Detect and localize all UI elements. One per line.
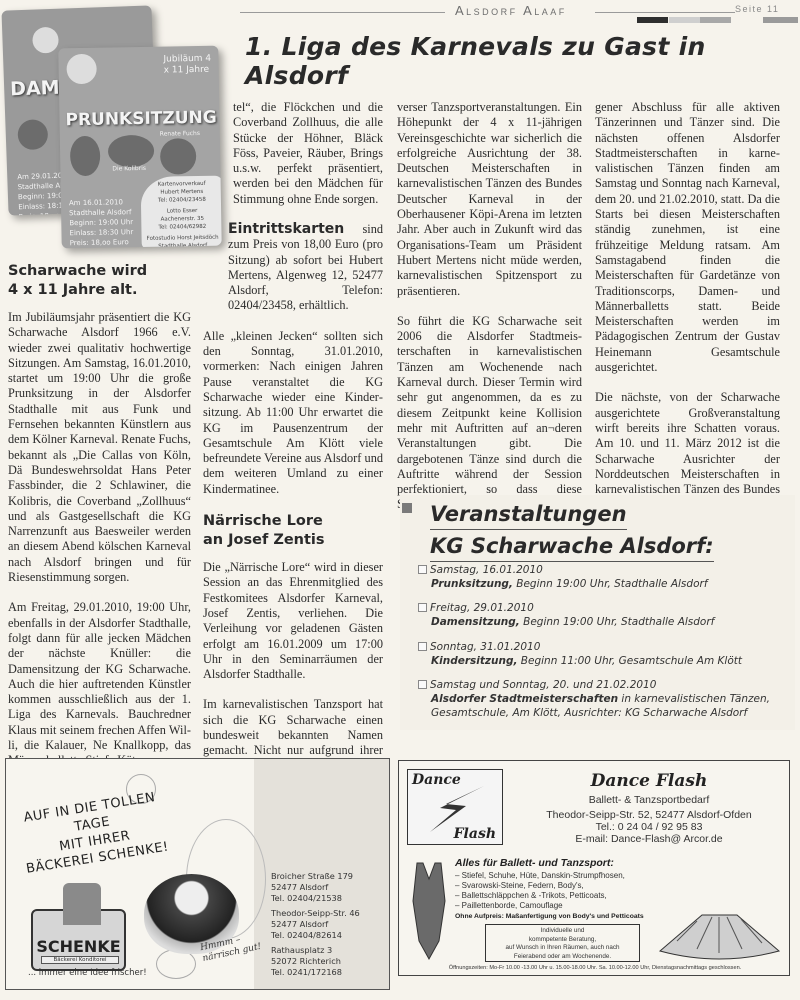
paragraph: verser Tanzsportveranstaltungen. Ein Höh…: [397, 100, 582, 299]
subheading-scharwache: Scharwache wird 4 x 11 Jahre alt.: [8, 262, 191, 300]
paragraph: tel“, die Flöckchen und die Coverband Zo…: [233, 100, 383, 207]
paragraph: Im Jubiläumsjahr präsentiert die KG Scha…: [8, 310, 191, 585]
checkbox-icon: [418, 565, 427, 574]
ad-tagline: ... immer eine Idee frischer!: [28, 968, 147, 978]
paragraph: Alle „kleinen Jecken“ sollten sich den S…: [203, 329, 383, 497]
advice-box: Individuelle und kommpetente Beratung, a…: [485, 924, 640, 962]
header-color-bar: [700, 17, 731, 23]
logo-s-icon: [63, 883, 101, 925]
paragraph: Die „Närrische Lore“ wird in die­ser Ses…: [203, 560, 383, 682]
event-item: Samstag und Sonntag, 20. und 21.02.2010 …: [418, 678, 770, 720]
subheading-lore: Närrische Lore an Josef Zentis: [203, 512, 383, 550]
performer-photo: [17, 119, 48, 150]
ad-slogan: AUF IN DIE TOLLEN TAGE MIT IHRER BÄCKERE…: [12, 787, 176, 878]
poster-title: PRUNKSITZUNG: [65, 108, 217, 131]
schenke-logo: SCHENKE Bäckerei Konditorei: [31, 909, 126, 971]
event-item: Samstag, 16.01.2010 Prunksitzung, Beginn…: [418, 563, 708, 591]
tickets-lead: Eintrittskarten: [228, 221, 344, 237]
ad-phone: Tel.: 0 24 04 / 92 95 83: [509, 821, 789, 833]
article-column-2: Eintrittskarten sind zum Preis von 18,00…: [203, 222, 383, 820]
article-headline: 1. Liga des Karnevals zu Gast in Alsdorf: [245, 32, 795, 90]
ad-custom-tailoring: Ohne Aufpreis: Maßanfertigung von Body's…: [455, 913, 644, 920]
paragraph-tickets: Eintrittskarten sind zum Preis von 18,00…: [203, 222, 383, 314]
page-number: Seite 11: [735, 4, 779, 14]
paragraph: Am Freitag, 29.01.2010, 19:00 Uhr, ebenf…: [8, 600, 191, 768]
poster-prunksitzung: Jubiläum 4 x 11 Jahre PRUNKSITZUNG Die K…: [58, 46, 221, 249]
act-label: Renate Fuchs: [160, 130, 200, 138]
club-logo-icon: [66, 54, 97, 85]
ad-title: Dance Flash: [509, 771, 789, 791]
dance-flash-logo: Dance Flash: [407, 769, 503, 845]
poster-info: Am 16.01.2010 Stadthalle Alsdorf Beginn:…: [69, 197, 134, 248]
act-label: Die Kolibris: [112, 165, 146, 173]
article-column-4: gener Abschluss für alle aktiven Tänzeri…: [595, 100, 780, 543]
events-title: Veranstaltungen KG Scharwache Alsdorf:: [430, 501, 714, 565]
paragraph: So führt die KG Scharwache seit 2006 die…: [397, 314, 582, 513]
header-color-bar: [669, 17, 700, 23]
club-logo-icon: [32, 27, 59, 54]
publication-title: Alsdorf Alaaf: [455, 3, 567, 18]
ad-email: E-mail: Dance-Flash@ Arcor.de: [509, 833, 789, 845]
ad-address: Theodor-Seipp-Str. 52, 52477 Alsdorf-Ofd…: [509, 809, 789, 821]
header-rule-left: [240, 12, 445, 13]
performer-photo: [160, 138, 197, 175]
article-column-2-top: tel“, die Flöckchen und die Coverband Zo…: [233, 100, 383, 222]
checkbox-icon: [418, 603, 427, 612]
branch-address: Broicher Straße 179 52477 Alsdorf Tel. 0…: [271, 871, 353, 904]
ad-product-list: – Stiefel, Schuhe, Hüte, Danskin-Strumpf…: [455, 871, 625, 911]
performer-photo: [108, 135, 155, 168]
checkbox-icon: [418, 642, 427, 651]
advertisement-baeckerei-schenke: AUF IN DIE TOLLEN TAGE MIT IHRER BÄCKERE…: [5, 758, 390, 990]
header-color-bar: [763, 17, 798, 23]
paragraph: gener Abschluss für alle aktiven Tänzeri…: [595, 100, 780, 375]
square-bullet-icon: [402, 503, 412, 513]
header-color-bar: [637, 17, 668, 23]
checkbox-icon: [418, 680, 427, 689]
header-rule-right: [595, 12, 735, 13]
event-item: Freitag, 29.01.2010 Damensitzung, Beginn…: [418, 601, 714, 629]
ad-subtitle: Ballett- & Tanzsportbedarf: [509, 794, 789, 806]
events-box: Veranstaltungen KG Scharwache Alsdorf: S…: [400, 495, 795, 730]
event-item: Sonntag, 31.01.2010 Kindersitzung, Begin…: [418, 640, 742, 668]
petticoat-image: [657, 911, 782, 961]
bodysuit-image: [409, 861, 449, 961]
branch-address: Theodor-Seipp-Str. 46 52477 Alsdorf Tel.…: [271, 908, 360, 941]
ad-range-heading: Alles für Ballett- und Tanzsport:: [455, 857, 614, 869]
article-column-1: Scharwache wird 4 x 11 Jahre alt. Im Jub…: [8, 262, 191, 784]
branch-address: Rathausplatz 3 52072 Richterich Tel. 024…: [271, 945, 342, 978]
article-column-3: verser Tanzsportveranstaltungen. Ein Höh…: [397, 100, 582, 528]
performer-photo: [70, 136, 101, 177]
event-posters-image: DAMEN Am 29.01.2010 Stadthalle Alsdorf B…: [0, 5, 230, 245]
poster-banner: Jubiläum 4 x 11 Jahre: [163, 54, 213, 77]
opening-hours: Öffnungszeiten: Mo-Fr 10.00 -13.00 Uhr u…: [405, 965, 785, 971]
advertisement-dance-flash: Dance Flash Dance Flash Ballett- & Tanzs…: [398, 760, 790, 976]
